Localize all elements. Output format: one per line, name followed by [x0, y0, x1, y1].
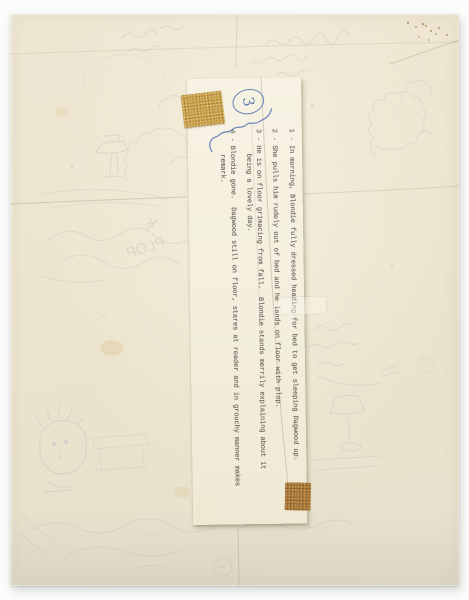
- tape-bit-bottom-left: [196, 499, 214, 523]
- gold-tape-top: [181, 90, 226, 128]
- svg-text:4: 4: [217, 563, 228, 570]
- note-line: 2 - She pulls him rudely out of bed and …: [269, 129, 284, 514]
- ghost-bottom-scribbles: [20, 518, 354, 570]
- ghost-handwriting-top-center: [252, 30, 349, 76]
- svg-text:PLOP: PLOP: [124, 234, 167, 263]
- ghost-table-sketch: [92, 434, 149, 476]
- ghost-plop-text: PLOP: [124, 218, 167, 262]
- paper-sheet: PLOP: [10, 14, 459, 586]
- tape-stain-bottom-right: [285, 482, 312, 511]
- scene-number-text: 3: [240, 96, 257, 108]
- ghost-lamp-left: [96, 135, 128, 178]
- ghost-face-sketch: [36, 405, 86, 492]
- ghost-oval-sketch: [84, 55, 164, 86]
- ghost-handwriting-top-left: [122, 26, 182, 52]
- ghost-handwriting-right: [308, 323, 435, 385]
- ghost-lamp-right: [312, 395, 380, 470]
- ghost-foliage-right: [368, 80, 432, 156]
- typed-note-text: 1 - In morning, Blondie fully dressed he…: [217, 129, 300, 515]
- ghost-circled-number: 4: [214, 558, 232, 576]
- clear-tape-right-edge: [278, 296, 326, 314]
- photo-background: PLOP: [0, 0, 469, 600]
